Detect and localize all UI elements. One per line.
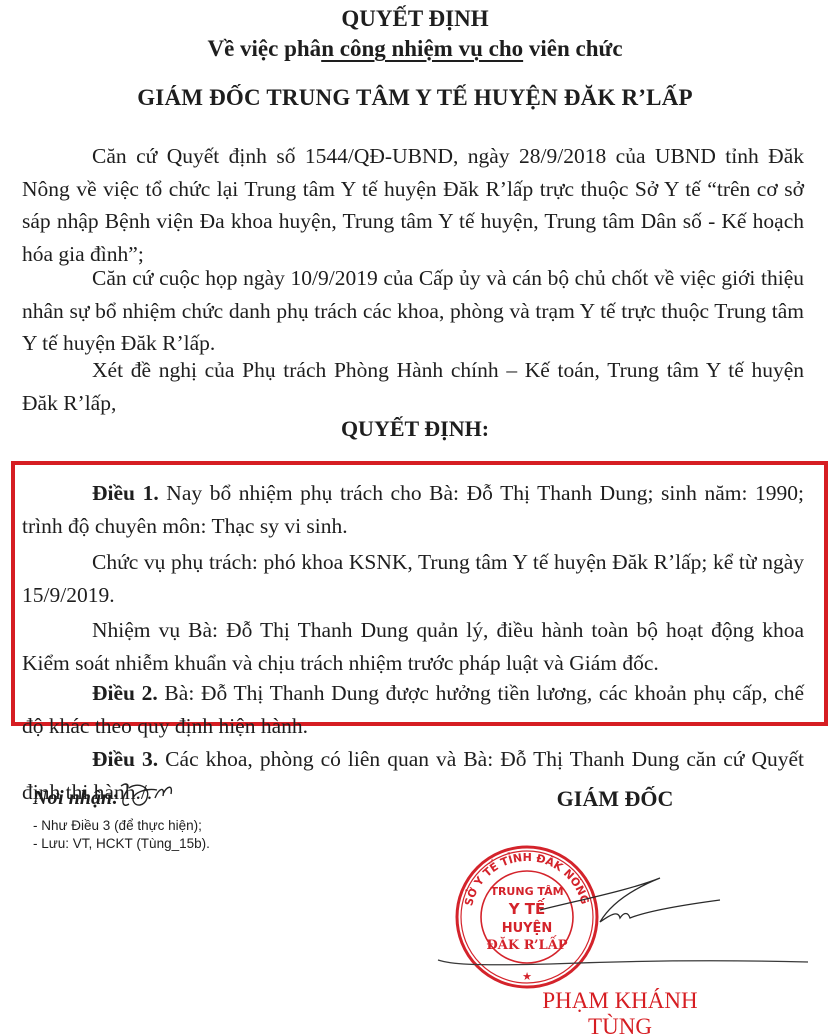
subtitle-underlined: n công nhiệm vụ cho: [321, 36, 523, 61]
preamble-paragraph: Xét đề nghị của Phụ trách Phòng Hành chí…: [22, 354, 804, 419]
article-1-label: Điều 1.: [92, 481, 159, 505]
article-1: Điều 1. Nay bổ nhiệm phụ trách cho Bà: Đ…: [22, 477, 804, 542]
document-title: QUYẾT ĐỊNH: [0, 6, 830, 32]
article-3-label: Điều 3.: [92, 747, 158, 771]
preamble-paragraph: Căn cứ Quyết định số 1544/QĐ-UBND, ngày …: [22, 140, 804, 270]
recipient-item: - Như Điều 3 (để thực hiện);: [33, 818, 202, 833]
handwritten-signature-icon: [430, 860, 810, 970]
article-2: Điều 2. Bà: Đỗ Thị Thanh Dung được hưởng…: [22, 677, 804, 742]
decision-heading: QUYẾT ĐỊNH:: [0, 416, 830, 442]
article-2-label: Điều 2.: [92, 681, 158, 705]
signer-name: PHẠM KHÁNH TÙNG: [515, 988, 725, 1034]
issuer-heading: GIÁM ĐỐC TRUNG TÂM Y TẾ HUYỆN ĐĂK R’LẤP: [0, 85, 830, 111]
article-1-duty: Nhiệm vụ Bà: Đỗ Thị Thanh Dung quản lý, …: [22, 614, 804, 679]
document-subtitle: Về việc phân công nhiệm vụ cho viên chức: [0, 36, 830, 62]
initials-signature-icon: [117, 780, 187, 814]
recipient-item: - Lưu: VT, HCKT (Tùng_15b).: [33, 836, 210, 851]
svg-text:★: ★: [522, 970, 532, 983]
preamble-paragraph: Căn cứ cuộc họp ngày 10/9/2019 của Cấp ủ…: [22, 262, 804, 360]
article-1-position: Chức vụ phụ trách: phó khoa KSNK, Trung …: [22, 546, 804, 611]
signer-role: GIÁM ĐỐC: [540, 786, 690, 812]
subtitle-suffix: viên chức: [523, 36, 622, 61]
recipients-label: Nơi nhận:: [33, 787, 119, 810]
subtitle-prefix: Về việc phâ: [207, 36, 321, 61]
